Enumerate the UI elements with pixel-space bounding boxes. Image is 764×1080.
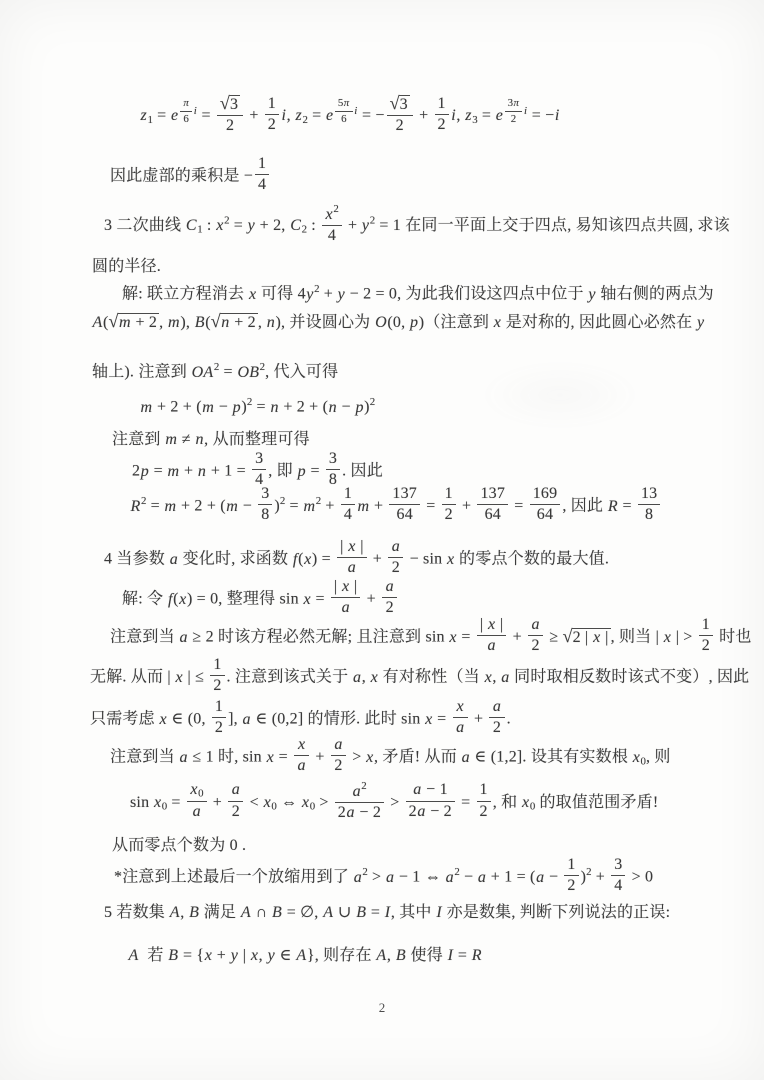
problem-3-solution-para-1: 解: 联立方程消去 x 可得 4y2 + y − 2 = 0, 为此我们设这四点… bbox=[122, 282, 714, 305]
problem-5-statement: 5 若数集 A, B 满足 A ∩ B = ∅, A ∪ B = I, 其中 I… bbox=[104, 903, 670, 924]
problem-3-statement-line-2: 圆的半径. bbox=[92, 257, 161, 278]
problem-3-note-line: 注意到 m ≠ n, 从而整理可得 bbox=[112, 430, 310, 451]
zero-count-conclusion: 从而零点个数为 0 . bbox=[112, 836, 246, 857]
footnote-inequality: *注意到上述最后一个放缩用到了 a2 > a − 1 ⇔ a2 − a + 1 … bbox=[114, 858, 653, 898]
document-page: z1 = eπ6i = √32 + 12i, z2 = e5π6i = −√32… bbox=[0, 0, 764, 1080]
page-number: 2 bbox=[0, 1000, 764, 1016]
problem-4-analysis-line-3: 只需考虑 x ∈ (0, 12], a ∈ (0,2] 的情形. 此时 sin … bbox=[90, 700, 511, 740]
x0-inequality-chain: sin x0 = x0a + a2 < x0 ⇔ x0 > a22a − 2 >… bbox=[130, 782, 658, 824]
problem-4-analysis-line-1: 注意到当 a ≥ 2 时该方程必然无解; 且注意到 sin x = | x |a… bbox=[110, 618, 752, 658]
problem-3-solution-para-3: 轴上). 注意到 OA2 = OB2, 代入可得 bbox=[92, 360, 338, 383]
problem-4-solution-line-1: 解: 令 f(x) = 0, 整理得 sin x = | x |a + a2 bbox=[122, 580, 399, 620]
problem-3-statement-line-1: 3 二次曲线 C1 : x2 = y + 2, C2 : x24 + y2 = … bbox=[104, 205, 730, 247]
circle-distance-equation: m + 2 + (m − p)2 = n + 2 + (n − p)2 bbox=[140, 395, 375, 418]
imaginary-product-result: 因此虚部的乘积是 −14 bbox=[110, 157, 271, 197]
radius-equation: R2 = m + 2 + (m − 38)2 = m2 + 14m + 1376… bbox=[130, 487, 662, 527]
problem-4-analysis-line-4: 注意到当 a ≤ 1 时, sin x = xa + a2 > x, 矛盾! 从… bbox=[110, 738, 671, 778]
problem-4-analysis-line-2: 无解. 从而 | x | ≤ 12. 注意到该式关于 a, x 有对称性（当 x… bbox=[90, 658, 749, 698]
problem-3-solution-para-2: A(√m + 2, m), B(√n + 2, n), 并设圆心为 O(0, p… bbox=[92, 310, 705, 334]
scan-artifact bbox=[480, 360, 640, 430]
problem-4-statement: 4 当参数 a 变化时, 求函数 f(x) = | x |a + a2 − si… bbox=[104, 540, 609, 580]
complex-roots-formula: z1 = eπ6i = √32 + 12i, z2 = e5π6i = −√32… bbox=[140, 95, 560, 138]
problem-5-option-a: A 若 B = {x + y | x, y ∈ A}, 则存在 A, B 使得 … bbox=[128, 946, 482, 967]
